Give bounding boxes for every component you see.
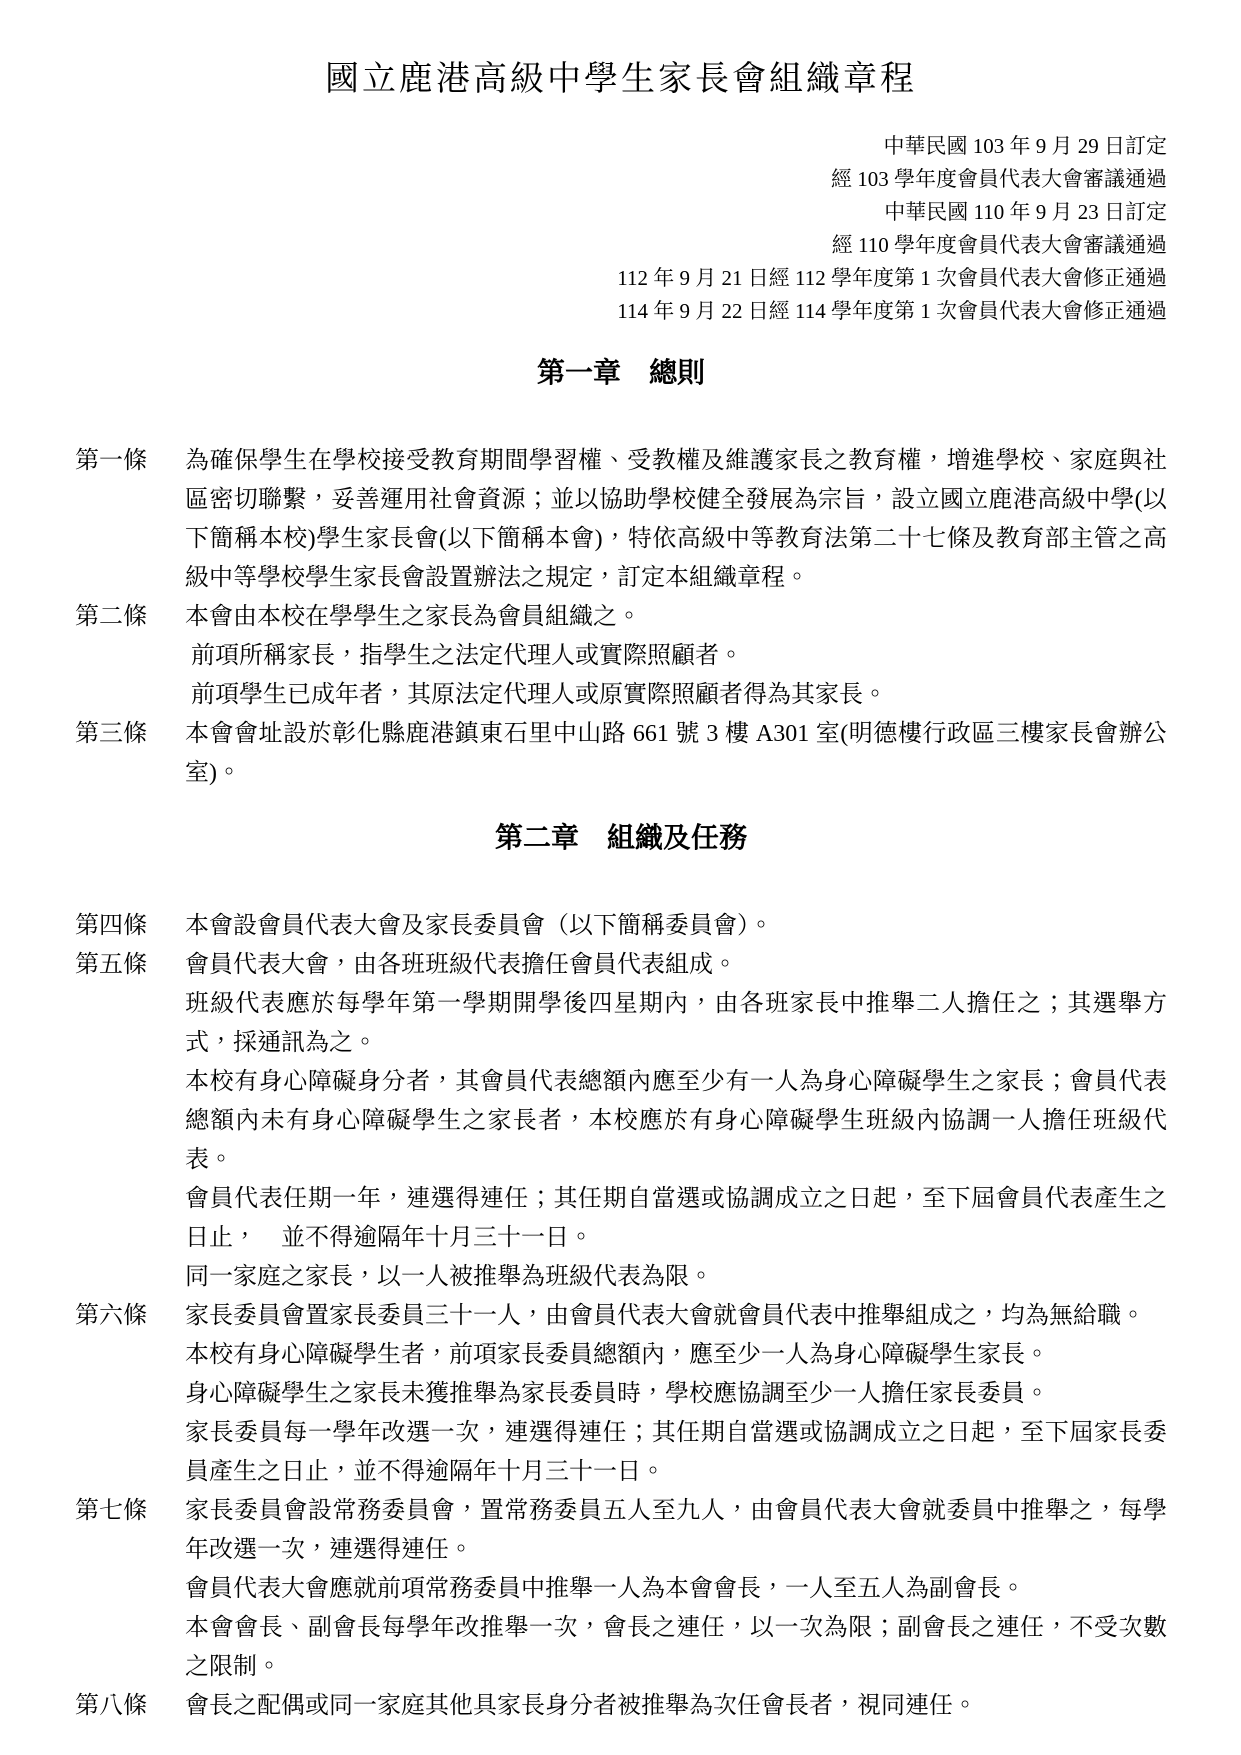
article-6-number: 第六條 — [75, 1297, 185, 1336]
revision-date-line: 中華民國 103 年 9 月 29 日訂定 — [75, 130, 1167, 163]
chapter-2-heading: 第二章 組織及任務 — [75, 819, 1167, 859]
article-3: 第三條 本會會址設於彰化縣鹿港鎮東石里中山路 661 號 3 樓 A301 室(… — [75, 715, 1167, 793]
revision-date-line: 114 年 9 月 22 日經 114 學年度第 1 次會員代表大會修正通過 — [75, 295, 1167, 328]
article-6: 第六條 家長委員會置家長委員三十一人，由會員代表大會就會員代表中推舉組成之，均為… — [75, 1297, 1167, 1492]
article-3-text: 本會會址設於彰化縣鹿港鎮東石里中山路 661 號 3 樓 A301 室(明德樓行… — [185, 715, 1167, 793]
article-paragraph: 同一家庭之家長，以一人被推舉為班級代表為限。 — [185, 1258, 1167, 1297]
article-paragraph: 本會由本校在學學生之家長為會員組織之。 — [185, 598, 1167, 637]
article-paragraph: 本會會址設於彰化縣鹿港鎮東石里中山路 661 號 3 樓 A301 室(明德樓行… — [185, 715, 1167, 793]
article-paragraph: 為確保學生在學校接受教育期間學習權、受教權及維護家長之教育權，增進學校、家庭與社… — [185, 442, 1167, 598]
article-4: 第四條 本會設會員代表大會及家長委員會（以下簡稱委員會）。 — [75, 907, 1167, 946]
article-2-number: 第二條 — [75, 598, 185, 637]
article-paragraph: 身心障礙學生之家長未獲推舉為家長委員時，學校應協調至少一人擔任家長委員。 — [185, 1375, 1167, 1414]
document-title: 國立鹿港高級中學生家長會組織章程 — [75, 58, 1167, 102]
article-7-number: 第七條 — [75, 1492, 185, 1531]
article-8-number: 第八條 — [75, 1687, 185, 1726]
article-paragraph: 前項學生已成年者，其原法定代理人或原實際照顧者得為其家長。 — [185, 676, 1167, 715]
article-paragraph: 會員代表大會應就前項常務委員中推舉一人為本會會長，一人至五人為副會長。 — [185, 1570, 1167, 1609]
article-3-number: 第三條 — [75, 715, 185, 754]
article-paragraph: 本校有身心障礙身分者，其會員代表總額內應至少有一人為身心障礙學生之家長；會員代表… — [185, 1063, 1167, 1180]
article-8-text: 會長之配偶或同一家庭其他具家長身分者被推舉為次任會長者，視同連任。 — [185, 1687, 1167, 1726]
article-paragraph: 會員代表任期一年，連選得連任；其任期自當選或協調成立之日起，至下屆會員代表產生之… — [185, 1180, 1167, 1258]
article-paragraph: 本會設會員代表大會及家長委員會（以下簡稱委員會）。 — [185, 907, 1167, 946]
chapter-2-articles: 第四條 本會設會員代表大會及家長委員會（以下簡稱委員會）。 第五條 會員代表大會… — [75, 907, 1167, 1726]
article-paragraph: 本會會長、副會長每學年改推舉一次，會長之連任，以一次為限；副會長之連任，不受次數… — [185, 1609, 1167, 1687]
article-paragraph: 會員代表大會，由各班班級代表擔任會員代表組成。 — [185, 946, 1167, 985]
article-6-text: 家長委員會置家長委員三十一人，由會員代表大會就會員代表中推舉組成之，均為無給職。… — [185, 1297, 1167, 1492]
article-7-text: 家長委員會設常務委員會，置常務委員五人至九人，由會員代表大會就委員中推舉之，每學… — [185, 1492, 1167, 1687]
revision-date-line: 112 年 9 月 21 日經 112 學年度第 1 次會員代表大會修正通過 — [75, 262, 1167, 295]
article-5: 第五條 會員代表大會，由各班班級代表擔任會員代表組成。 班級代表應於每學年第一學… — [75, 946, 1167, 1297]
revision-history: 中華民國 103 年 9 月 29 日訂定 經 103 學年度會員代表大會審議通… — [75, 130, 1167, 328]
article-8: 第八條 會長之配偶或同一家庭其他具家長身分者被推舉為次任會長者，視同連任。 — [75, 1687, 1167, 1726]
revision-date-line: 中華民國 110 年 9 月 23 日訂定 — [75, 196, 1167, 229]
article-paragraph: 家長委員會置家長委員三十一人，由會員代表大會就會員代表中推舉組成之，均為無給職。 — [185, 1297, 1167, 1336]
article-1: 第一條 為確保學生在學校接受教育期間學習權、受教權及維護家長之教育權，增進學校、… — [75, 442, 1167, 598]
article-4-text: 本會設會員代表大會及家長委員會（以下簡稱委員會）。 — [185, 907, 1167, 946]
article-paragraph: 前項所稱家長，指學生之法定代理人或實際照顧者。 — [185, 637, 1167, 676]
article-1-number: 第一條 — [75, 442, 185, 481]
article-2-text: 本會由本校在學學生之家長為會員組織之。 前項所稱家長，指學生之法定代理人或實際照… — [185, 598, 1167, 715]
article-7: 第七條 家長委員會設常務委員會，置常務委員五人至九人，由會員代表大會就委員中推舉… — [75, 1492, 1167, 1687]
document-page: 國立鹿港高級中學生家長會組織章程 中華民國 103 年 9 月 29 日訂定 經… — [0, 0, 1241, 1755]
article-2: 第二條 本會由本校在學學生之家長為會員組織之。 前項所稱家長，指學生之法定代理人… — [75, 598, 1167, 715]
chapter-1-articles: 第一條 為確保學生在學校接受教育期間學習權、受教權及維護家長之教育權，增進學校、… — [75, 442, 1167, 793]
article-paragraph: 本校有身心障礙學生者，前項家長委員總額內，應至少一人為身心障礙學生家長。 — [185, 1336, 1167, 1375]
chapter-1-heading: 第一章 總則 — [75, 354, 1167, 394]
article-1-text: 為確保學生在學校接受教育期間學習權、受教權及維護家長之教育權，增進學校、家庭與社… — [185, 442, 1167, 598]
revision-date-line: 經 103 學年度會員代表大會審議通過 — [75, 163, 1167, 196]
article-paragraph: 家長委員會設常務委員會，置常務委員五人至九人，由會員代表大會就委員中推舉之，每學… — [185, 1492, 1167, 1570]
article-paragraph: 家長委員每一學年改選一次，連選得連任；其任期自當選或協調成立之日起，至下屆家長委… — [185, 1414, 1167, 1492]
article-paragraph: 會長之配偶或同一家庭其他具家長身分者被推舉為次任會長者，視同連任。 — [185, 1687, 1167, 1726]
article-5-number: 第五條 — [75, 946, 185, 985]
article-4-number: 第四條 — [75, 907, 185, 946]
article-5-text: 會員代表大會，由各班班級代表擔任會員代表組成。 班級代表應於每學年第一學期開學後… — [185, 946, 1167, 1297]
article-paragraph: 班級代表應於每學年第一學期開學後四星期內，由各班家長中推舉二人擔任之；其選舉方式… — [185, 985, 1167, 1063]
revision-date-line: 經 110 學年度會員代表大會審議通過 — [75, 229, 1167, 262]
